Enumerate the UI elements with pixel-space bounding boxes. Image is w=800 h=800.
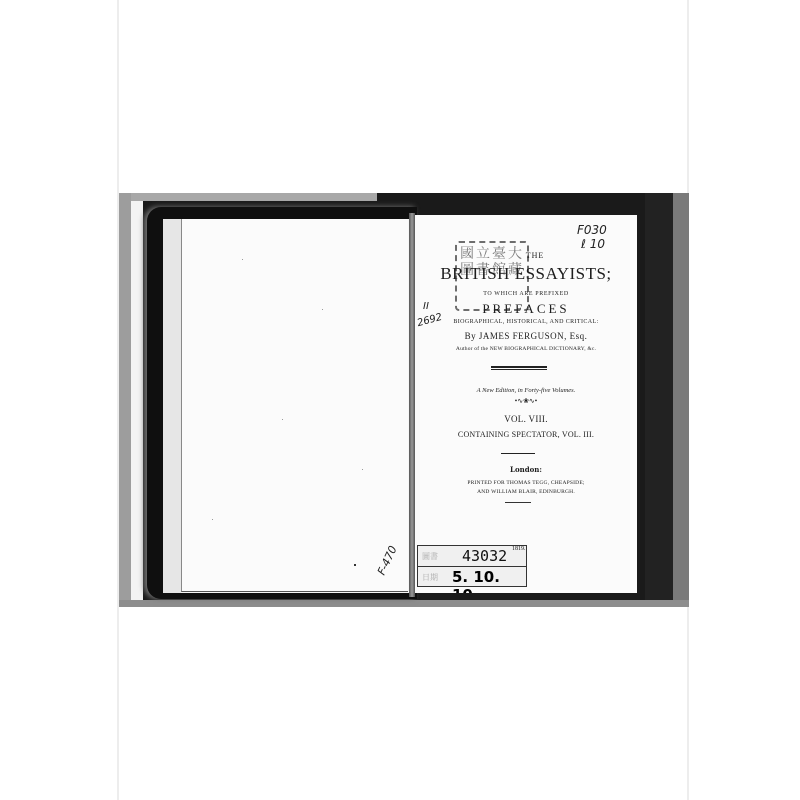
- imprint-city: London:: [415, 465, 637, 474]
- publication-year: 1819.: [512, 546, 526, 552]
- volume-number: VOL. VIII.: [415, 414, 637, 424]
- double-rule: [491, 366, 547, 370]
- imprint-line-2: AND WILLIAM BLAIR, EDINBURGH.: [415, 489, 637, 495]
- imprint-line-1: PRINTED FOR THOMAS TEGG, CHEAPSIDE;: [415, 480, 637, 486]
- left-page-surface: F-470: [181, 219, 408, 592]
- scan-right-strip: [673, 193, 689, 607]
- label-faint-text-bottom: 日期: [422, 572, 438, 583]
- label-faint-text-top: 圖書: [422, 551, 438, 562]
- author-credit: Author of the NEW BIOGRAPHICAL DICTIONAR…: [415, 346, 637, 352]
- scan-top-strip: [119, 193, 377, 201]
- subtitle-prefaces: PREFACES: [415, 301, 637, 317]
- title-page: 國立臺大圖書館藏 THE BRITISH ESSAYISTS; TO WHICH…: [415, 215, 637, 593]
- scan-right-shadow: [645, 193, 673, 607]
- scan-left-strip: [119, 193, 131, 607]
- volume-contents: CONTAINING SPECTATOR, VOL. III.: [415, 430, 637, 439]
- book-scan: F-470 國立臺大圖書館藏 THE BRITISH ESSAYISTS; TO…: [119, 193, 689, 607]
- edition-note: A New Edition, in Forty-five Volumes.: [415, 387, 637, 394]
- title-the: THE: [415, 251, 637, 260]
- single-rule: [501, 453, 535, 454]
- accession-date: 5. 10. 10: [452, 568, 526, 593]
- scan-left-gap: [131, 201, 143, 601]
- subtitle-kinds: BIOGRAPHICAL, HISTORICAL, AND CRITICAL:: [415, 319, 637, 325]
- ornament-icon: •∿❀∿•: [415, 397, 637, 405]
- label-divider: [418, 566, 526, 567]
- handwritten-roman-numeral: II: [423, 301, 429, 312]
- left-page: F-470: [163, 219, 411, 593]
- subtitle-prefixed: TO WHICH ARE PREFIXED: [415, 291, 637, 297]
- book-title: BRITISH ESSAYISTS;: [415, 264, 637, 284]
- scan-bottom-strip: [119, 600, 689, 607]
- small-rule: [505, 502, 531, 503]
- author-line: By JAMES FERGUSON, Esq.: [415, 331, 637, 341]
- handwritten-shelfmark-bottom: ℓ 10: [581, 237, 605, 251]
- library-accession-label: 圖書 43032 1819. 日期 5. 10. 10: [417, 545, 527, 587]
- handwritten-note-f470: F-470: [375, 544, 400, 577]
- accession-number: 43032: [462, 547, 507, 565]
- left-page-edge-shade: [163, 219, 181, 593]
- handwritten-shelfmark-top: F030: [577, 223, 607, 237]
